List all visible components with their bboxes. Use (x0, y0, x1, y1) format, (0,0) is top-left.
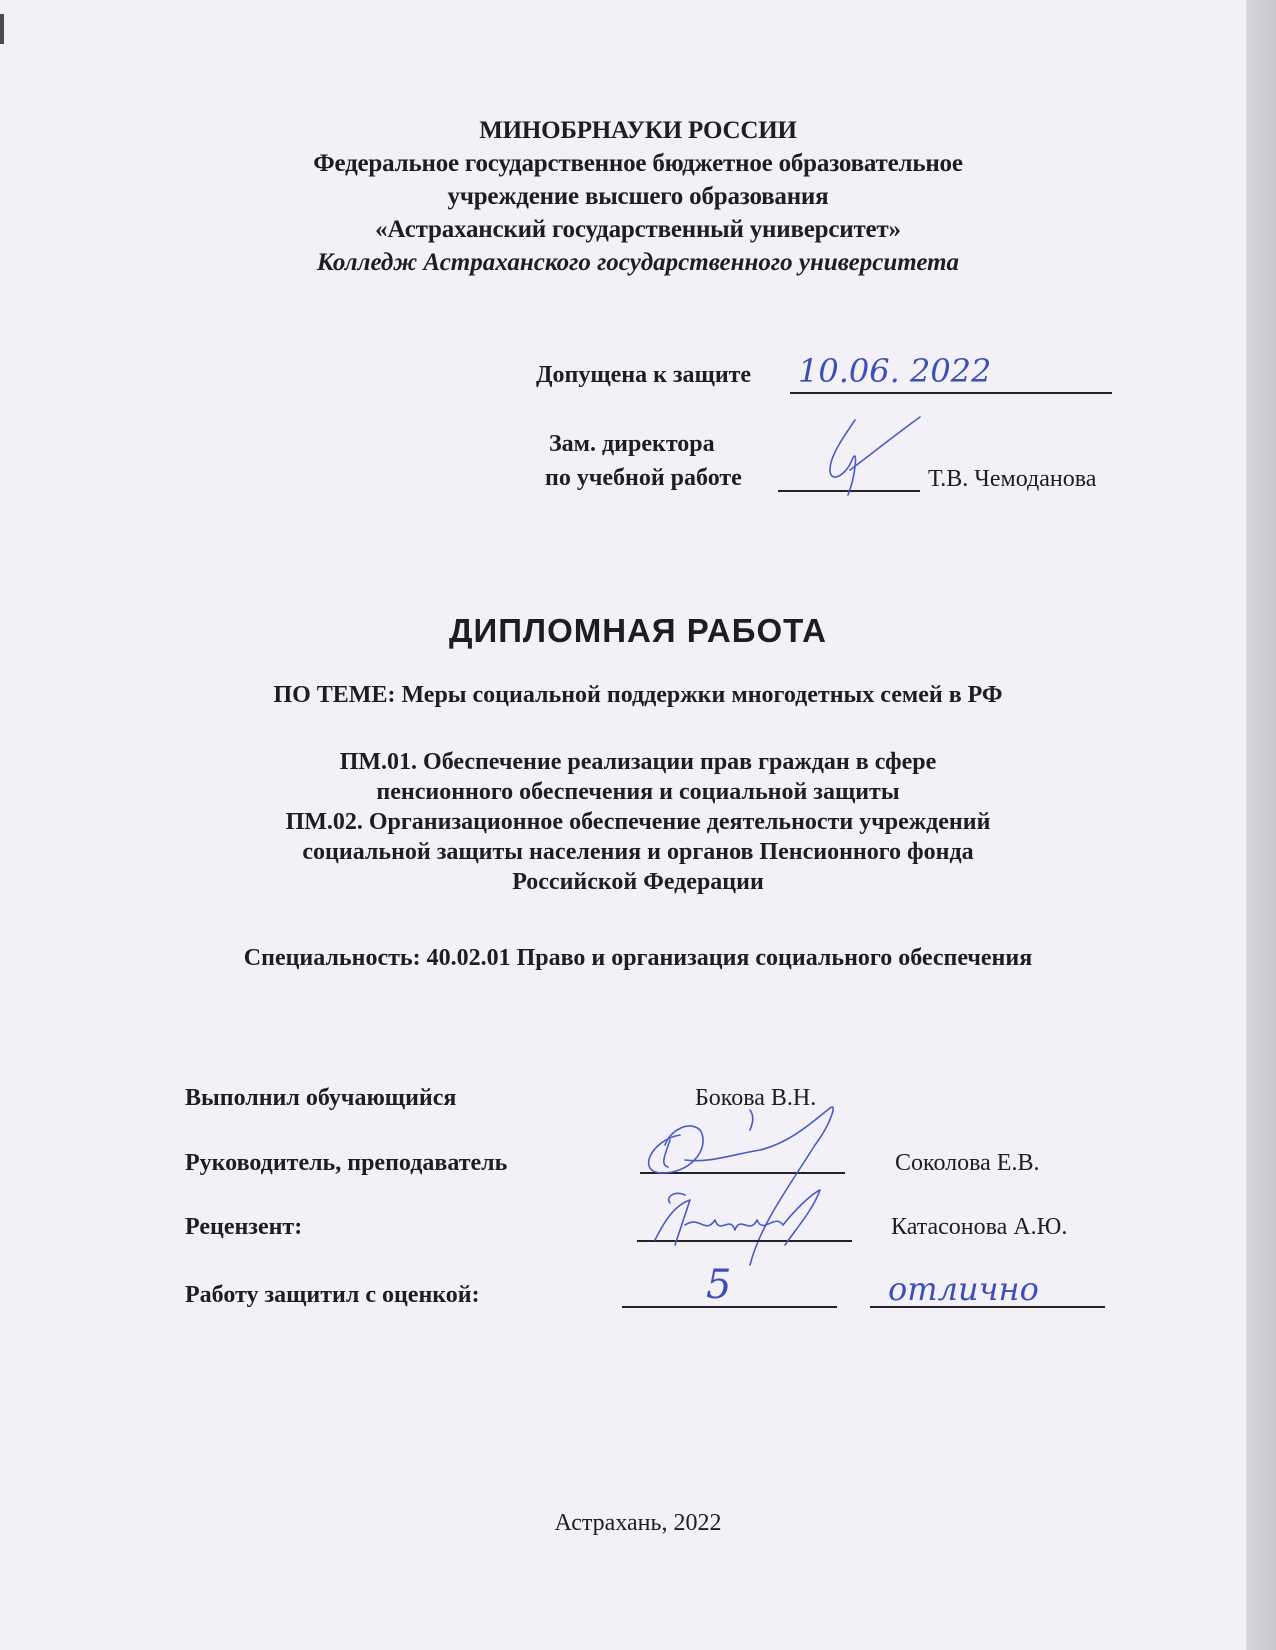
reviewer-name: Катасонова А.Ю. (891, 1214, 1067, 1241)
city-year: Астрахань, 2022 (0, 1510, 1276, 1537)
scan-edge-mark (0, 14, 4, 44)
document-page: МИНОБРНАУКИ РОССИИ Федеральное государст… (0, 0, 1246, 1650)
ministry-heading: МИНОБРНАУКИ РОССИИ (0, 114, 1276, 148)
college-name: Колледж Астраханского государственного у… (0, 246, 1276, 280)
institution-line-1: Федеральное государственное бюджетное об… (0, 147, 1276, 181)
university-name: «Астраханский государственный университе… (0, 213, 1276, 247)
position-line-2: по учебной работе (545, 465, 742, 492)
supervisor-name: Соколова Е.В. (895, 1150, 1039, 1177)
admitted-label: Допущена к защите (536, 362, 751, 389)
grade-label: Работу защитил с оценкой: (185, 1282, 480, 1309)
reviewer-label: Рецензент: (185, 1214, 302, 1241)
module-line-3: ПМ.02. Организационное обеспечение деяте… (0, 809, 1276, 836)
position-line-1: Зам. директора (549, 431, 715, 458)
supervisor-label: Руководитель, преподаватель (185, 1150, 507, 1177)
document-topic: ПО ТЕМЕ: Меры социальной поддержки много… (0, 682, 1276, 709)
director-signature-icon (800, 415, 940, 510)
admitted-date-line (790, 392, 1112, 394)
reviewer-signature-icon (645, 1185, 845, 1255)
institution-line-2: учреждение высшего образования (0, 180, 1276, 214)
scan-page-edge (1246, 0, 1276, 1650)
module-line-5: Российской Федерации (0, 869, 1276, 896)
document-type-title: ДИПЛОМНАЯ РАБОТА (0, 612, 1276, 650)
module-line-1: ПМ.01. Обеспечение реализации прав гражд… (0, 749, 1276, 776)
module-line-4: социальной защиты населения и органов Пе… (0, 839, 1276, 866)
student-label: Выполнил обучающийся (185, 1085, 456, 1112)
module-line-2: пенсионного обеспечения и социальной защ… (0, 779, 1276, 806)
grade-number-handwritten: 5 (706, 1262, 731, 1308)
admitted-date-handwritten: 10.06. 2022 (798, 352, 991, 390)
grade-word-handwritten: отлично (888, 1270, 1039, 1308)
director-name: Т.В. Чемоданова (928, 466, 1096, 493)
specialty: Специальность: 40.02.01 Право и организа… (0, 945, 1276, 972)
